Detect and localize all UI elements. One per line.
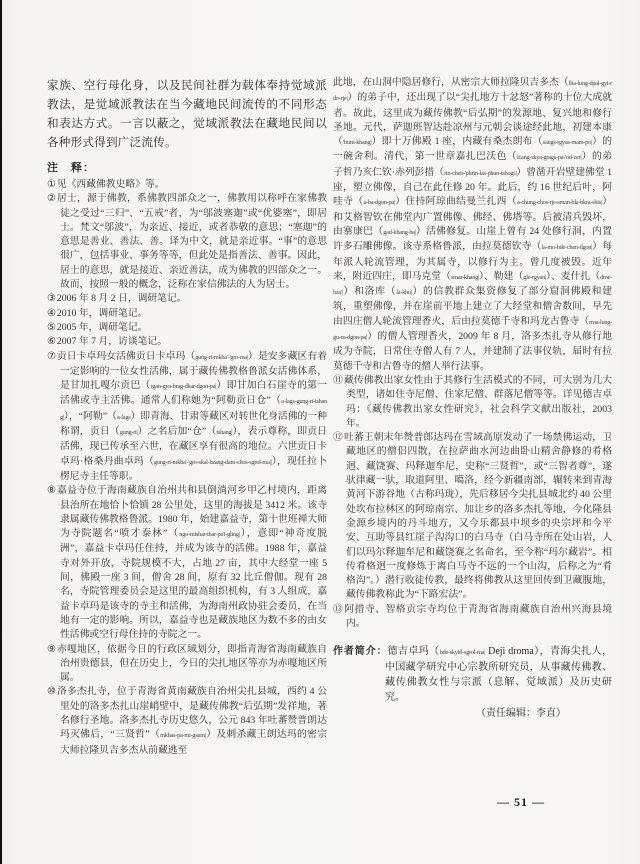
scanned-paper-page: 家族、空行母化身，以及民间社群为载体奉持觉域派教法，是觉域派教法在当今藏地民间流… — [0, 0, 640, 864]
footnote-4: ④2010 年，调研笔记。 — [47, 307, 327, 321]
notes-section-title: 注 释： — [47, 159, 327, 175]
footnote-3: ③2006 年 8 月 2 日，调研笔记。 — [47, 292, 327, 306]
footnote-5: ⑤2005 年，调研笔记。 — [47, 321, 327, 335]
footnote-number: ⑬ — [333, 604, 343, 615]
footnote-number: ① — [47, 179, 56, 190]
footnote-text: 贡日卡卓玛女活佛贡日卡卓玛（gung-ri-mkha'-'gro-ma|）是安多… — [57, 351, 327, 482]
footnote-text: 嘉益寺位于海南藏族自治州共和县倒淌河乡甲乙村境内，距离县治所在地恰卜恰镇 28 … — [57, 485, 327, 640]
footnote-12: ⑫吐蕃王朝末年赞普郎达玛在雪域高原发动了一场禁佛运动，卫藏地区的僧侣四散，在拉萨… — [333, 431, 612, 603]
footnote-number: ④ — [47, 308, 56, 319]
footnote-text: 居士，源于佛教，系佛教四部众之一，佛教用以称呼在家佛教徒之受过“三归”、“五戒”… — [57, 193, 327, 290]
footnote-text: 见《西藏佛教史略》等。 — [57, 179, 165, 190]
footnote-number: ⑩ — [47, 686, 56, 697]
footnote-2: ②居士，源于佛教，系佛教四部众之一，佛教用以称呼在家佛教徒之受过“三归”、“五戒… — [47, 192, 327, 292]
author-bio: 作者简介：德吉卓玛（bde-skyid-sgrol-ma| Deji droma… — [333, 644, 612, 705]
footnote-number: ② — [47, 193, 56, 204]
body-paragraph: 家族、空行母化身，以及民间社群为载体奉持觉域派教法，是觉域派教法在当今藏地民间流… — [47, 76, 327, 152]
footnote-text: 吐蕃王朝末年赞普郎达玛在雪域高原发动了一场禁佛运动，卫藏地区的僧侣四散，在拉萨曲… — [344, 432, 612, 600]
footnote-number: ⑥ — [47, 336, 56, 347]
footnote-6: ⑥2007 年 7 月，访谈笔记。 — [47, 335, 327, 349]
page-number: — 51 — — [497, 795, 557, 810]
footnote-1: ①见《西藏佛教史略》等。 — [47, 178, 327, 192]
left-column: 家族、空行母化身，以及民间社群为载体奉持觉域派教法，是觉域派教法在当今藏地民间流… — [47, 76, 327, 758]
footnote-text: 赤嘎地区，依据今日的行政区域划分，即指青海省海南藏族自治州贵德县，但在历史上，今… — [57, 644, 327, 684]
footnote-11: ⑪藏传佛教出家女性由于其修行生活模式的不同，可大别为几大类型，诸如住寺尼僧、住家… — [333, 374, 612, 431]
author-bio-label: 作者简介： — [333, 646, 388, 657]
footnote-9: ⑨赤嘎地区，依据今日的行政区域划分，即指青海省海南藏族自治州贵德县，但在历史上，… — [47, 643, 327, 686]
footnote-number: ⑧ — [47, 485, 56, 496]
footnote-text: 阿措寺、智格贡宗寺均位于青海省海南藏族自治州兴海县境内。 — [344, 604, 612, 629]
page-edge-line — [0, 0, 2, 864]
footnote-text: 洛多杰扎寺，位于青海省黄南藏族自治州尖扎县城，西约 4 公里处的洛多杰扎山崖峭壁… — [57, 686, 327, 755]
author-bio-text: 德吉卓玛（bde-skyid-sgrol-ma| Deji droma），青海尖… — [385, 646, 612, 703]
footnote-text: 2006 年 8 月 2 日，调研笔记。 — [57, 293, 187, 304]
footnote-number: ⑦ — [47, 351, 56, 362]
footnote-10: ⑩洛多杰扎寺，位于青海省黄南藏族自治州尖扎县城，西约 4 公里处的洛多杰扎山崖峭… — [47, 685, 327, 757]
footnote-number: ⑨ — [47, 644, 56, 655]
footnote-number: ⑪ — [333, 375, 343, 386]
footnote-number: ⑤ — [47, 322, 56, 333]
footnote-text: 2007 年 7 月，访谈笔记。 — [57, 336, 167, 347]
editor-credit: （责任编辑：李直） — [333, 706, 612, 721]
footnote-8: ⑧嘉益寺位于海南藏族自治州共和县倒淌河乡甲乙村境内，距离县治所在地恰卜恰镇 28… — [47, 484, 327, 642]
footnote-number: ③ — [47, 293, 56, 304]
footnote-7: ⑦贡日卡卓玛女活佛贡日卡卓玛（gung-ri-mkha'-'gro-ma|）是安… — [47, 350, 327, 485]
footnote-text: 2005 年，调研笔记。 — [57, 322, 148, 333]
footnote-13: ⑬阿措寺、智格贡宗寺均位于青海省海南藏族自治州兴海县境内。 — [333, 603, 612, 632]
footnote-text: 藏传佛教出家女性由于其修行生活模式的不同，可大别为几大类型，诸如住寺尼僧、住家尼… — [344, 375, 612, 429]
footnote-text: 2010 年，调研笔记。 — [57, 308, 148, 319]
footnote-text: 此地，在山洞中隐居修行，从密宗大师拉隆贝吉多杰（lha-lung-dpal-gy… — [333, 77, 612, 372]
footnote-10-continuation: 此地，在山洞中隐居修行，从密宗大师拉隆贝吉多杰（lha-lung-dpal-gy… — [333, 76, 612, 374]
footnote-number: ⑫ — [333, 432, 343, 443]
right-column: 此地，在山洞中隐居修行，从密宗大师拉隆贝吉多杰（lha-lung-dpal-gy… — [333, 76, 612, 721]
